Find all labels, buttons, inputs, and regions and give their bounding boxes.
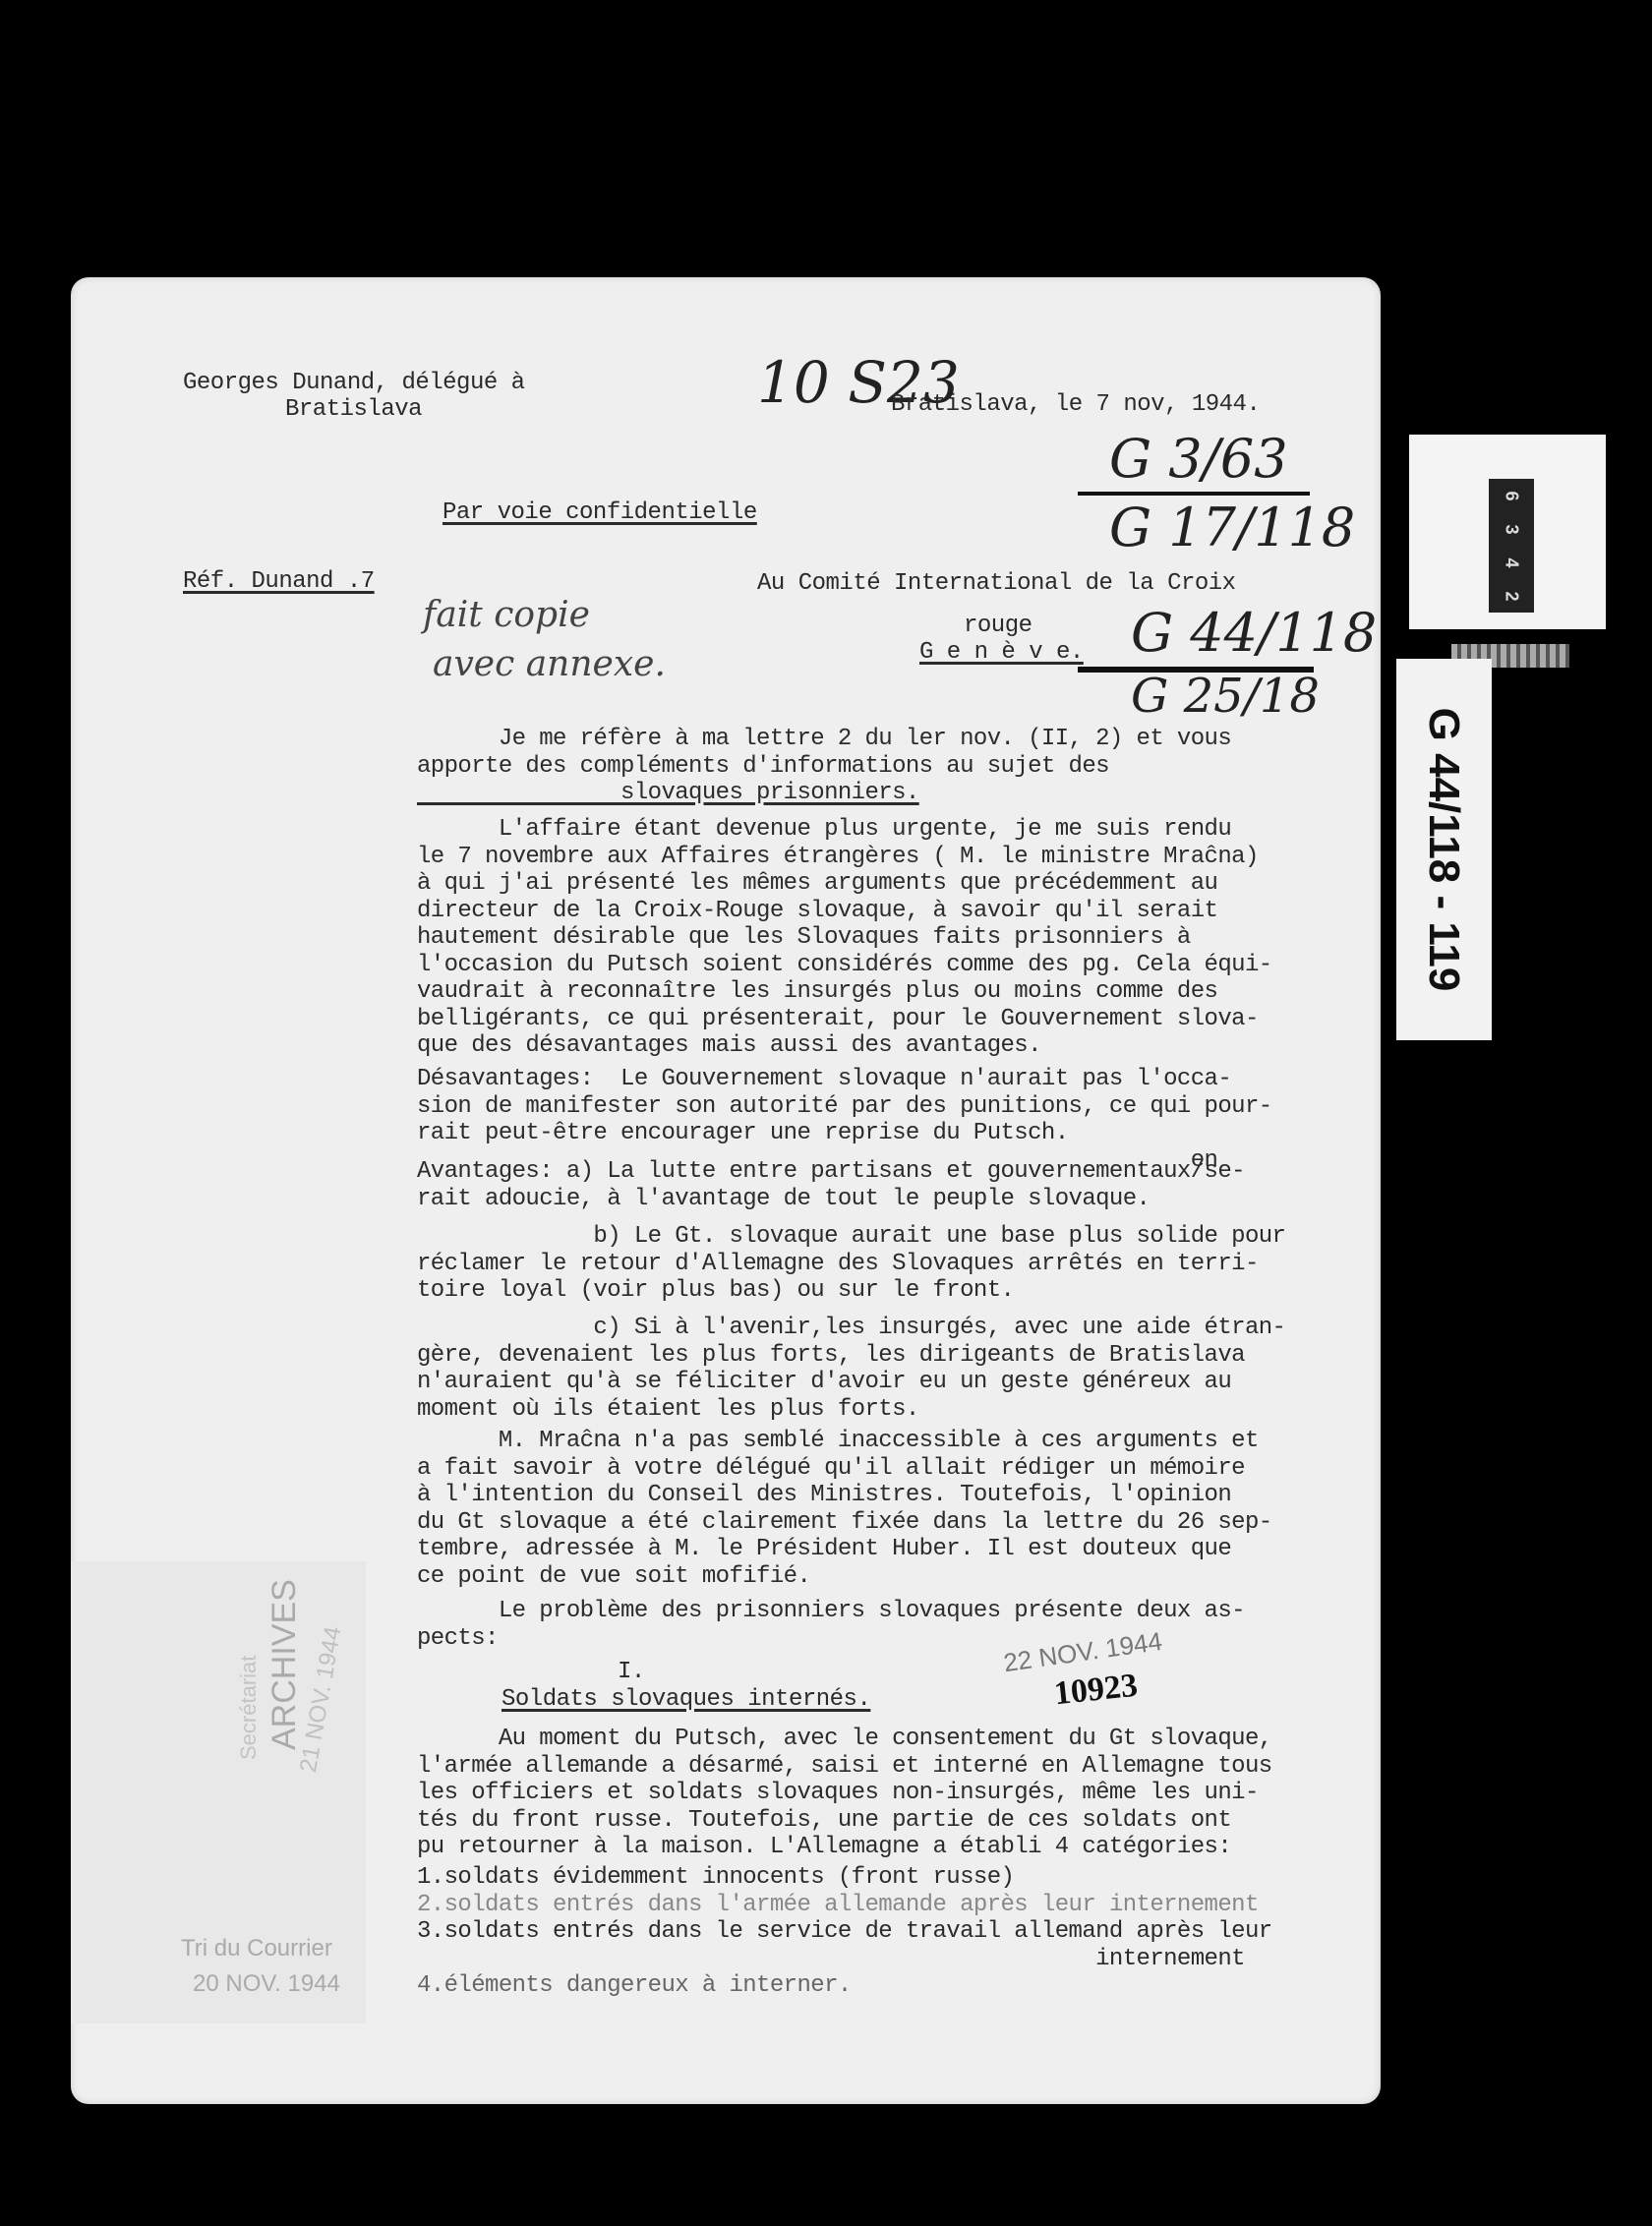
handwritten-ref-3: G 44/118 <box>1131 602 1377 664</box>
tri-courrier-date: 20 NOV. 1944 <box>193 1970 340 1998</box>
frame-counter: 6 3 4 2 <box>1489 479 1534 613</box>
tri-courrier-stamp: Tri du Courrier <box>181 1935 332 1962</box>
category-item: 1.soldats évidemment innocents (front ru… <box>417 1864 1341 1892</box>
paragraph-1: Je me réfère à ma lettre 2 du ler nov. (… <box>417 726 1341 807</box>
handwritten-note-1: fait copie <box>423 595 590 635</box>
archives-section-stamp: Secrétariat <box>236 1656 262 1760</box>
categories-list: 1.soldats évidemment innocents (front ru… <box>417 1864 1341 2000</box>
sender-line-2: Bratislava <box>285 396 422 423</box>
paragraph-advantages-b: b) Le Gt. slovaque aurait une base plus … <box>417 1223 1341 1305</box>
ref-fraction-bar <box>1078 492 1310 496</box>
handwritten-note-2: avec annexe. <box>433 644 666 684</box>
paragraph-3: M. Mraĉna n'a pas semblé inaccessible à … <box>417 1428 1341 1590</box>
archives-stamp: ARCHIVES <box>265 1579 304 1750</box>
paragraph-2: L'affaire étant devenue plus urgente, je… <box>417 816 1341 1060</box>
section-paragraph: Au moment du Putsch, avec le consentemen… <box>417 1726 1341 1861</box>
handwritten-ref-1: G 3/63 <box>1109 428 1288 490</box>
section-number: I. <box>618 1659 645 1685</box>
recipient-line-3: G e n è v e. <box>919 639 1084 666</box>
recipient-line-1: Au Comité International de la Croix <box>757 570 1236 597</box>
paragraph-4: Le problème des prisonniers slovaques pr… <box>417 1598 1341 1652</box>
category-item: internement <box>417 1946 1341 1973</box>
category-item: 3.soldats entrés dans le service de trav… <box>417 1918 1341 1946</box>
reference-line: Réf. Dunand .7 <box>183 568 375 595</box>
section-title: Soldats slovaques internés. <box>501 1686 870 1713</box>
sender-line-1: Georges Dunand, délégué à <box>183 370 525 396</box>
category-item: 4.éléments dangereux à interner. <box>417 1972 1341 2000</box>
reel-label: G 44/118 - 119 <box>1419 708 1468 992</box>
handwritten-ref-4: G 25/18 <box>1131 669 1320 724</box>
date-line: Bratislava, le 7 nov, 1944. <box>891 391 1260 418</box>
paragraph-advantages-c: c) Si à l'avenir,les insurgés, avec une … <box>417 1315 1341 1423</box>
category-item: 2.soldats entrés dans l'armée allemande … <box>417 1892 1341 1919</box>
recipient-line-2: rouge <box>964 613 1032 639</box>
confidential-heading: Par voie confidentielle <box>442 499 757 526</box>
handwritten-ref-2: G 17/118 <box>1109 497 1355 558</box>
paragraph-advantages-a: Avantages: a) La lutte entre partisans e… <box>417 1158 1341 1212</box>
